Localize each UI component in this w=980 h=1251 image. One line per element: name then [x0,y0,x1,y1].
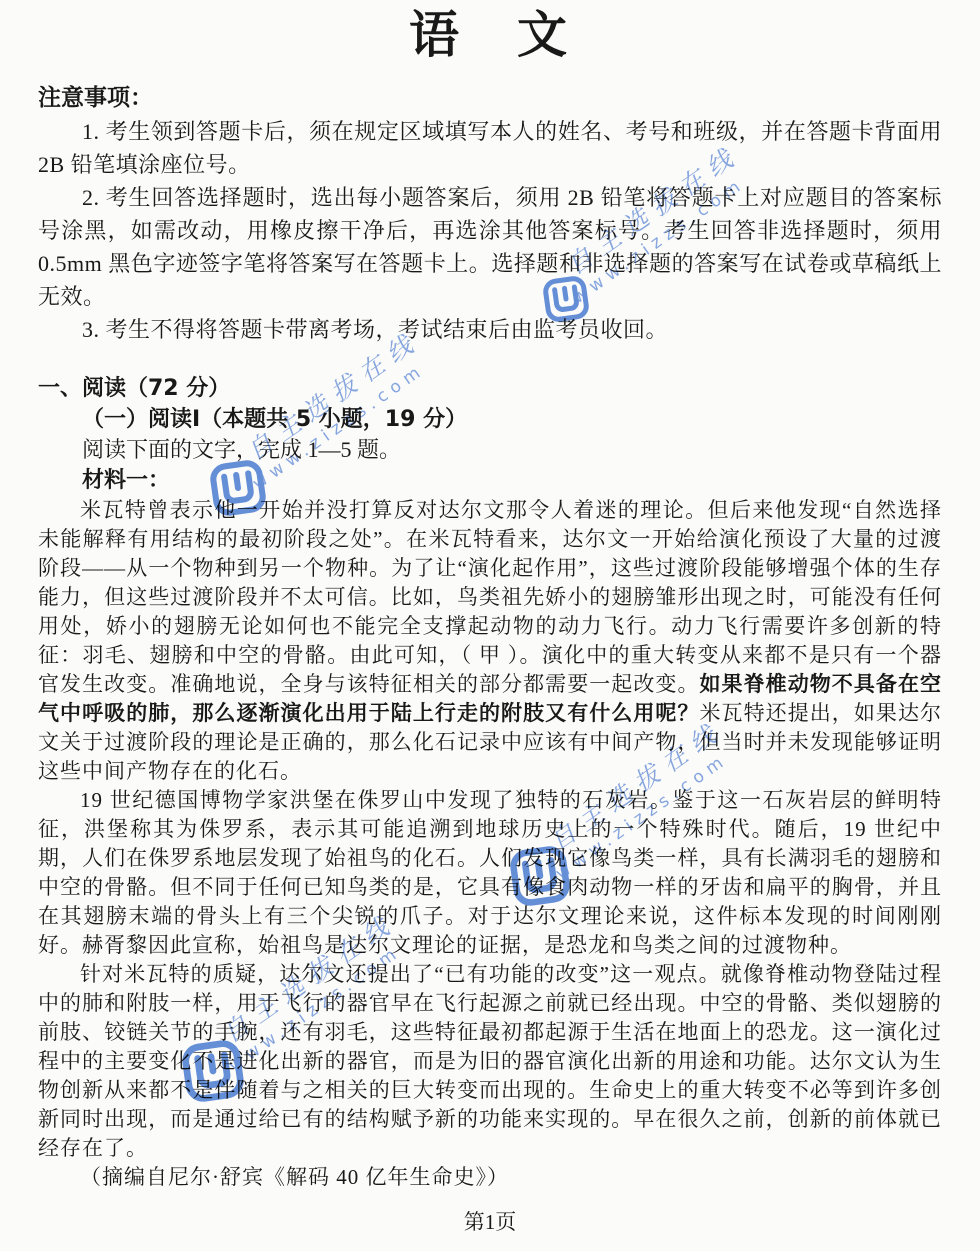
section-heading: 一、阅读（72 分） [38,374,942,405]
exam-paper-page: 语 文 注意事项： 1. 考生领到答题卡后，须在规定区域填写本人的姓名、考号和班… [0,0,980,1251]
para1-text: 米瓦特曾表示他一开始并没打算反对达尔文那令人着迷的理论。但后来他发现“自然选择未… [38,498,942,696]
notice-item-1: 1. 考生领到答题卡后，须在规定区域填写本人的姓名、考号和班级，并在答题卡背面用… [38,115,942,181]
material-paragraph-2: 19 世纪德国博物学家洪堡在侏罗山中发现了独特的石灰岩。鉴于这一石灰岩层的鲜明特… [38,786,942,960]
material-paragraph-1: 米瓦特曾表示他一开始并没打算反对达尔文那令人着迷的理论。但后来他发现“自然选择未… [38,496,942,786]
page-number: 第1页 [38,1208,942,1236]
notice-item-3: 3. 考生不得将答题卡带离考场，考试结束后由监考员收回。 [38,313,942,346]
material-text: 米瓦特曾表示他一开始并没打算反对达尔文那令人着迷的理论。但后来他发现“自然选择未… [38,496,942,1192]
reading-section-header: 一、阅读（72 分） （一）阅读Ⅰ（本题共 5 小题，19 分） 阅读下面的文字… [38,374,942,496]
notice-heading: 注意事项： [38,82,942,115]
section-subheading: （一）阅读Ⅰ（本题共 5 小题，19 分） [38,405,942,436]
material-paragraph-3: 针对米瓦特的质疑，达尔文还提出了“已有功能的改变”这一观点。就像脊椎动物登陆过程… [38,960,942,1163]
section-instruction: 阅读下面的文字，完成 1—5 题。 [38,435,942,466]
source-attribution: （摘编自尼尔·舒宾《解码 40 亿年生命史》） [38,1163,942,1192]
notice-section: 注意事项： 1. 考生领到答题卡后，须在规定区域填写本人的姓名、考号和班级，并在… [38,82,942,346]
notice-item-2: 2. 考生回答选择题时，选出每小题答案后，须用 2B 铅笔将答题卡上对应题目的答… [38,181,942,313]
material-label: 材料一： [38,466,942,497]
page-title: 语 文 [38,4,942,66]
page-content: 语 文 注意事项： 1. 考生领到答题卡后，须在规定区域填写本人的姓名、考号和班… [38,0,942,1236]
